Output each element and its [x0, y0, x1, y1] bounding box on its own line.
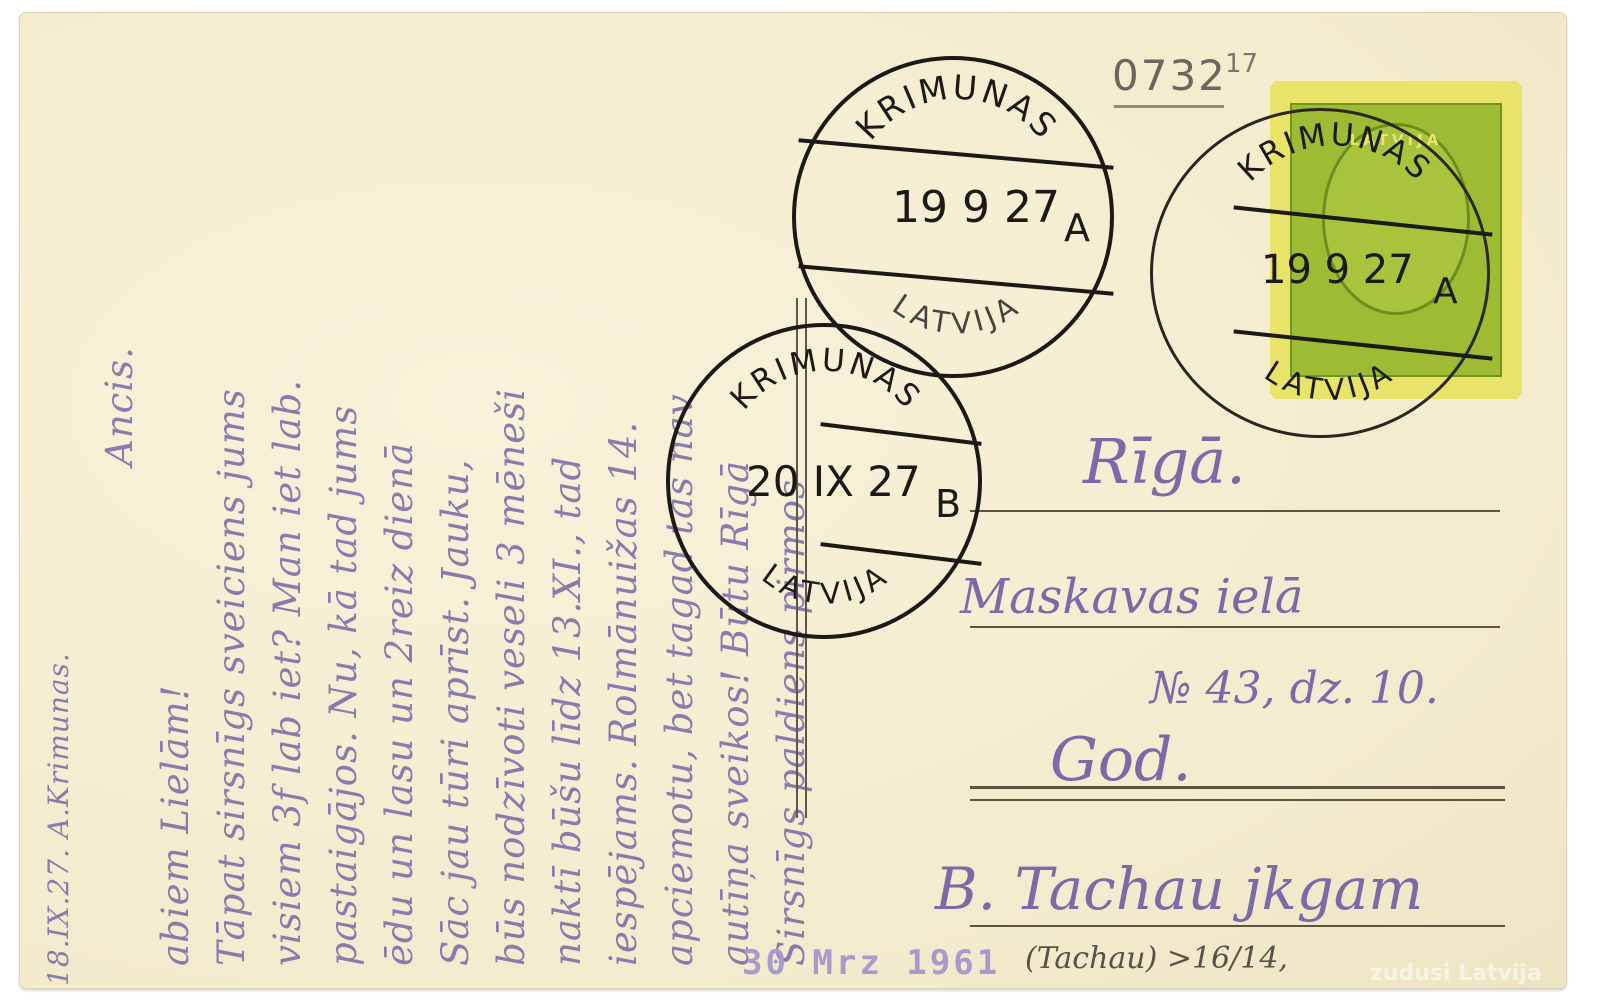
- message-line: Tāpat sirsnīgs sveiciens jums: [210, 388, 253, 966]
- receipt-date-stamp: 30 Mrz 1961: [742, 943, 1000, 983]
- message-line: Sāc jau tūri aprīst. Jauku,: [434, 459, 477, 966]
- message-line: ēdu un lasu un 2reiz dienā: [378, 442, 421, 966]
- svg-text:LATVIJA: LATVIJA: [756, 557, 896, 611]
- message-line: iespējams. Rolmānuižas 14.: [602, 421, 645, 966]
- receipt-note: (Tachau) >16/14,: [1025, 941, 1288, 976]
- address-line: [970, 799, 1505, 801]
- svg-text:KRIMUNAS: KRIMUNAS: [1231, 117, 1438, 189]
- svg-text:KRIMUNAS: KRIMUNAS: [848, 67, 1066, 147]
- address-house: № 43, dz. 10.: [1150, 663, 1439, 714]
- address-city: Rīgā.: [1083, 425, 1246, 498]
- message-line: naktī būšu līdz 13.XI., tad: [546, 456, 589, 966]
- message-line: abiem Lielām!: [154, 685, 197, 966]
- svg-text:LATVIJA: LATVIJA: [1259, 354, 1401, 407]
- watermark: zudusi Latvija: [1370, 961, 1542, 986]
- pencil-underline: [1114, 105, 1224, 108]
- message-line: pastaigājos. Nu, kā tad jums: [322, 405, 365, 966]
- postmark-ring-text: KRIMUNAS LATVIJA: [1153, 111, 1487, 435]
- postmark: 20 IX 27 B KRIMUNAS LATVIJA: [666, 323, 982, 639]
- pencil-inventory-number: 0732: [1112, 51, 1227, 100]
- address-line: [970, 925, 1505, 927]
- message-line: būs nodzīvoti veseli 3 mēneši: [490, 388, 533, 966]
- address-line: [970, 626, 1500, 628]
- postcard: 18.IX.27. A.Krimunas.Ancis.abiem Lielām!…: [20, 13, 1566, 988]
- postmark: 19 9 27 A KRIMUNAS LATVIJA: [1150, 108, 1490, 438]
- address-street: Maskavas ielā: [960, 569, 1303, 625]
- message-dateline: 18.IX.27. A.Krimunas.: [42, 652, 75, 986]
- svg-text:KRIMUNAS: KRIMUNAS: [724, 342, 929, 416]
- message-line: visiem 3f lab iet? Man iet lab.: [266, 379, 309, 966]
- address-salutation: God.: [1050, 725, 1192, 795]
- address-line: [970, 510, 1500, 512]
- address-recipient: B. Tachau jkgam: [935, 855, 1423, 923]
- postmark-ring-text: KRIMUNAS LATVIJA: [670, 327, 978, 635]
- pencil-inventory-suffix: 17: [1225, 49, 1258, 79]
- message-line: Ancis.: [98, 346, 141, 466]
